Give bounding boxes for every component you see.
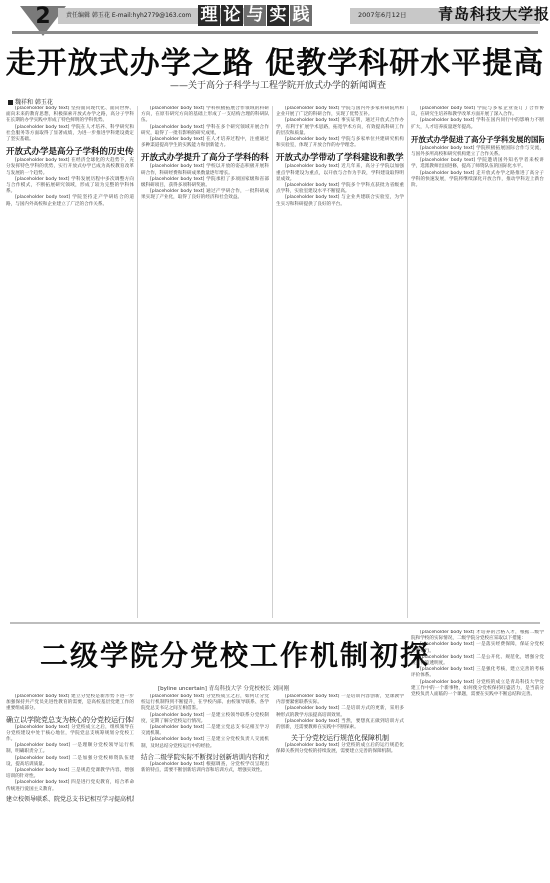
section-subhead: 建立校领导联系、院党总支书记相互学习提高机制 (6, 795, 134, 805)
article1-headline: 走开放式办学之路 促教学科研水平提高 (0, 38, 550, 82)
paragraph: [placeholder body text] 三是建立分党校负责人交流机制，及… (141, 737, 269, 749)
paragraph: [placeholder body text] 学院积极拓展国际合作与交流，与国… (411, 146, 544, 158)
paragraph: [placeholder body text] 才培养的合格人才，根据二级学院和… (411, 630, 544, 642)
paragraph: [placeholder body text] 学院邀请国外知名学者来校讲学，选… (411, 158, 544, 170)
article2-column-3: [placeholder body text] 一是培训内容创新，党课教学内容要… (276, 694, 404, 880)
paragraph: [placeholder body text] 学院多个学科点获批为省级重点学科… (276, 183, 404, 195)
paragraph: [placeholder body text] 在人才培养过程中，注重通过多种渠… (141, 137, 269, 149)
paragraph: [placeholder body text] 坚持面向现代化、面向世界、面向未… (6, 106, 134, 125)
section-title-char: 理 (198, 5, 220, 26)
paragraph: [placeholder body text] 一是理顺分党校领导运行机制，明确… (6, 743, 134, 755)
column-divider (407, 106, 408, 618)
paragraph: [placeholder body text] 与企业共建联合实验室，为学生实习… (276, 195, 404, 207)
paragraph: [placeholder body text] 学院在人才培养、科学研究和社会服… (6, 125, 134, 144)
paragraph: [placeholder body text] 事实证明，通过开放式合作办学，有… (276, 118, 404, 137)
paragraph: [placeholder body text] 学院与国内外多家科研院所和企业开… (276, 106, 404, 118)
paragraph: [placeholder body text] 学科在多个研究领域开展合作研究，… (141, 125, 269, 137)
section-subhead: 开放式办学促进了高分子学科发展的国际化进程 (411, 134, 544, 146)
paragraph: [placeholder body text] 当然，要想真正做到培训方式的创新… (276, 719, 404, 731)
paragraph: [placeholder body text] 一是落实经费保障，保证分党校正常… (411, 642, 544, 654)
article2-column-1: [placeholder body text] 建立分党校是新形势下进一步加强保… (6, 694, 134, 880)
paragraph: [placeholder body text] 一是建立校领导联系分党校制度，定… (141, 713, 269, 725)
paragraph: [placeholder body text] 走开放式办学之路推进了高分子学科… (411, 171, 544, 190)
column-divider (272, 106, 273, 618)
page-number: 2 (29, 4, 57, 29)
article2-headline: 二级学院分党校工作机制初探 (40, 634, 430, 674)
section-title: 理 论 与 实 践 (198, 5, 312, 27)
byline-text: 魏祥和 韩玉花 (15, 99, 53, 106)
editor-line: 责任编辑 韩玉花 E-mail:hyh2779@163.com (66, 10, 191, 19)
byline-marker-icon (8, 100, 13, 105)
article2-column-2: [placeholder body text] 分党校成立之后，如何让分党校运行… (141, 694, 269, 880)
paragraph: [placeholder body text] 二是建立党总支书记相互学习交流机… (141, 725, 269, 737)
header-rule (12, 31, 538, 34)
paragraph: [placeholder body text] 学院承担了多项国家级和省部级科研… (141, 177, 269, 189)
newspaper-name: 青岛科技大学报 (438, 3, 550, 24)
paragraph: [placeholder body text] 学院坚持走产学研结合的道路，与国… (6, 195, 134, 207)
section-subhead: 确立以学院党总支为核心的分党校运行体制 (6, 715, 134, 725)
section-subhead: 开放式办学带动了学科建设和教学水平的提高 (276, 152, 404, 164)
paragraph: [placeholder body text] 四是进行党史教育，结合革命传统进… (6, 780, 134, 792)
article1-column-1: [placeholder body text] 坚持面向现代化、面向世界、面向未… (6, 106, 134, 618)
article1-column-3: [placeholder body text] 学院与国内外多家科研院所和企业开… (276, 106, 404, 618)
section-title-char: 践 (290, 5, 312, 26)
section-title-char: 实 (267, 5, 289, 26)
paragraph: [placeholder body text] 学科发展历程中多次调整方向与合作… (6, 177, 134, 196)
section-title-char: 与 (244, 5, 266, 26)
paragraph: [placeholder body text] 学校以开放的姿态积极开展科研合作… (141, 164, 269, 176)
section-subhead: 关于分党校运行规范化保障机制 (276, 733, 404, 743)
section-subhead: 开放式办学是高分子学科的历史传统 (6, 146, 134, 158)
article1-byline: 魏祥和 韩玉花 (8, 97, 53, 106)
paragraph: [placeholder body text] 学院与多家单位共建研究机构和实验… (276, 137, 404, 149)
article2-byline: [byline uncertain] 青岛科技大学 分党校校长 刘同刚 (158, 684, 289, 692)
paragraph: [placeholder body text] 分党校的成立是青岛科技大学党建工… (411, 680, 544, 699)
article2-column-4: [placeholder body text] 才培养的合格人才，根据二级学院和… (411, 630, 544, 880)
paragraph: [placeholder body text] 通过产学研合作，一批科研成果实现… (141, 189, 269, 201)
paragraph: [placeholder body text] 二是培训方式的更新，采用多种形式… (276, 706, 404, 718)
paragraph: [placeholder body text] 近几年来，高分子学院以加强重点学… (276, 164, 404, 183)
paragraph: [placeholder body text] 学科在国内同行中的影响力不断扩大… (411, 118, 544, 130)
paragraph: [placeholder body text] 根据调查，分党校学员呈现出新的特… (141, 762, 269, 774)
paragraph: [placeholder body text] 在经济全球化的大趋势下，充分发挥… (6, 158, 134, 177)
paragraph: [placeholder body text] 三是规范党课教学内容，增强培训的… (6, 768, 134, 780)
issue-date: 2007年6月12日 (358, 10, 406, 19)
paragraph: [placeholder body text] 二是公开化、规范化，增强分党校工… (411, 655, 544, 667)
section-title-char: 论 (221, 5, 243, 26)
paragraph: [placeholder body text] 建立分党校是新形势下进一步加强保… (6, 694, 134, 713)
paragraph: [placeholder body text] 分党校的成立后的运行规范化保障关… (276, 743, 404, 755)
paragraph: [placeholder body text] 学院与多家企业签订了合作协议，在… (411, 106, 544, 118)
masthead: 2 责任编辑 韩玉花 E-mail:hyh2779@163.com 理 论 与 … (0, 0, 550, 36)
paragraph: [placeholder body text] 学科积极拓展合作领域的科研方向，… (141, 106, 269, 125)
paragraph: [placeholder body text] 一是培训内容创新，党课教学内容要… (276, 694, 404, 706)
article1-subheadline: ——关于高分子科学与工程学院开放式办学的新闻调查 (170, 78, 386, 91)
paragraph: [placeholder body text] 分党校成立之后，组织领导在分党校… (6, 725, 134, 744)
article1-column-2: [placeholder body text] 学科积极拓展合作领域的科研方向，… (141, 106, 269, 618)
paragraph: [placeholder body text] 分党校成立之后，如何让分党校运行… (141, 694, 269, 713)
article-separator (10, 622, 540, 624)
column-divider (137, 106, 138, 618)
article1-column-4: [placeholder body text] 学院与多家企业签订了合作协议，在… (411, 106, 544, 618)
section-subhead: 结合二级学院实际不断探讨创新培训内容和方式 (141, 752, 269, 762)
section-subhead: 开放式办学提升了高分子学科的科研水平 (141, 152, 269, 164)
paragraph: [placeholder body text] 二是加强分党校师资队伍建设，提高… (6, 756, 134, 768)
paragraph: [placeholder body text] 三是强化考核，建立完善的考核评价… (411, 667, 544, 679)
